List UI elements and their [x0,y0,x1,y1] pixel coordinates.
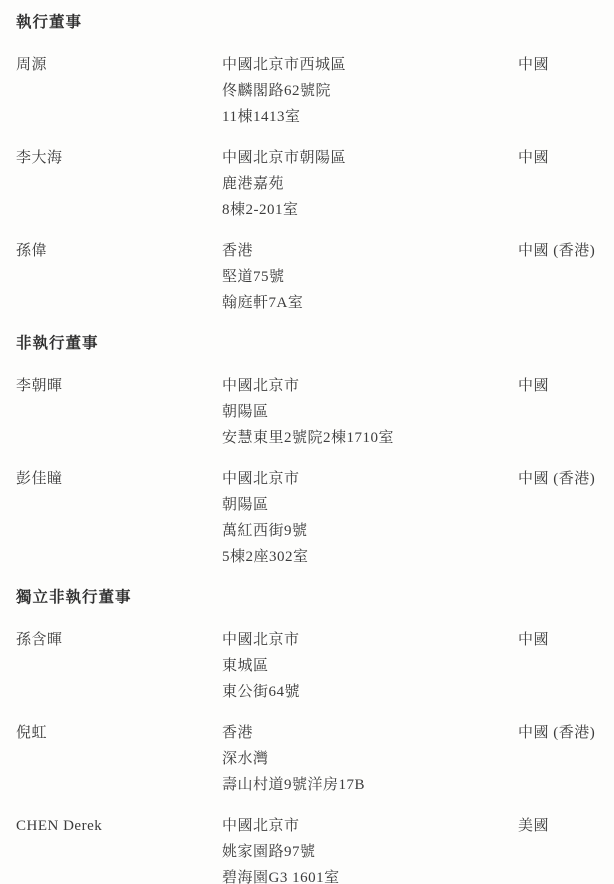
address-line: 5棟2座302室 [222,544,518,570]
address-line: 中國北京市朝陽區 [222,145,518,171]
address-line: 朝陽區 [222,399,518,425]
director-address: 香港 堅道75號 翰庭軒7A室 [222,238,518,316]
section-independent-non-executive-directors: 獨立非執行董事 孫含暉 中國北京市 東城區 東公街64號 中國 倪虹 香港 深水… [16,585,600,884]
director-row: 李大海 中國北京市朝陽區 鹿港嘉苑 8棟2-201室 中國 [16,145,600,223]
section-title: 非執行董事 [16,331,600,357]
director-address: 香港 深水灣 壽山村道9號洋房17B [222,720,518,798]
address-line: 壽山村道9號洋房17B [222,772,518,798]
address-line: 中國北京市 [222,466,518,492]
address-line: 中國北京市 [222,373,518,399]
section-non-executive-directors: 非執行董事 李朝暉 中國北京市 朝陽區 安慧東里2號院2棟1710室 中國 彭佳… [16,331,600,570]
director-address: 中國北京市 東城區 東公街64號 [222,627,518,705]
director-name: 孫偉 [16,238,222,264]
director-nationality: 中國 (香港) [518,720,600,746]
director-address: 中國北京市朝陽區 鹿港嘉苑 8棟2-201室 [222,145,518,223]
address-line: 朝陽區 [222,492,518,518]
director-name: 倪虹 [16,720,222,746]
director-row: CHEN Derek 中國北京市 姚家園路97號 碧海園G3 1601室 美國 [16,813,600,884]
director-row: 倪虹 香港 深水灣 壽山村道9號洋房17B 中國 (香港) [16,720,600,798]
director-name: 李朝暉 [16,373,222,399]
address-line: 姚家園路97號 [222,839,518,865]
director-row: 李朝暉 中國北京市 朝陽區 安慧東里2號院2棟1710室 中國 [16,373,600,451]
director-row: 孫含暉 中國北京市 東城區 東公街64號 中國 [16,627,600,705]
address-line: 東公街64號 [222,679,518,705]
address-line: 中國北京市 [222,627,518,653]
section-executive-directors: 執行董事 周源 中國北京市西城區 佟麟閣路62號院 11棟1413室 中國 李大… [16,10,600,316]
section-title: 獨立非執行董事 [16,585,600,611]
address-line: 東城區 [222,653,518,679]
director-nationality: 中國 [518,627,600,653]
address-line: 堅道75號 [222,264,518,290]
address-line: 萬紅西街9號 [222,518,518,544]
address-line: 佟麟閣路62號院 [222,78,518,104]
address-line: 8棟2-201室 [222,197,518,223]
director-nationality: 中國 (香港) [518,466,600,492]
director-address: 中國北京市西城區 佟麟閣路62號院 11棟1413室 [222,52,518,130]
director-nationality: 美國 [518,813,600,839]
address-line: 翰庭軒7A室 [222,290,518,316]
director-address: 中國北京市 朝陽區 安慧東里2號院2棟1710室 [222,373,518,451]
address-line: 鹿港嘉苑 [222,171,518,197]
director-name: 李大海 [16,145,222,171]
director-name: 孫含暉 [16,627,222,653]
director-row: 彭佳瞳 中國北京市 朝陽區 萬紅西街9號 5棟2座302室 中國 (香港) [16,466,600,570]
address-line: 碧海園G3 1601室 [222,865,518,884]
director-row: 孫偉 香港 堅道75號 翰庭軒7A室 中國 (香港) [16,238,600,316]
address-line: 中國北京市西城區 [222,52,518,78]
director-name: 彭佳瞳 [16,466,222,492]
director-nationality: 中國 [518,373,600,399]
director-address: 中國北京市 朝陽區 萬紅西街9號 5棟2座302室 [222,466,518,570]
director-name: 周源 [16,52,222,78]
directors-page: 執行董事 周源 中國北京市西城區 佟麟閣路62號院 11棟1413室 中國 李大… [0,0,614,884]
address-line: 香港 [222,720,518,746]
director-nationality: 中國 (香港) [518,238,600,264]
director-nationality: 中國 [518,145,600,171]
section-title: 執行董事 [16,10,600,36]
address-line: 香港 [222,238,518,264]
director-nationality: 中國 [518,52,600,78]
address-line: 深水灣 [222,746,518,772]
director-name: CHEN Derek [16,813,222,839]
director-address: 中國北京市 姚家園路97號 碧海園G3 1601室 [222,813,518,884]
address-line: 安慧東里2號院2棟1710室 [222,425,518,451]
director-row: 周源 中國北京市西城區 佟麟閣路62號院 11棟1413室 中國 [16,52,600,130]
address-line: 中國北京市 [222,813,518,839]
address-line: 11棟1413室 [222,104,518,130]
